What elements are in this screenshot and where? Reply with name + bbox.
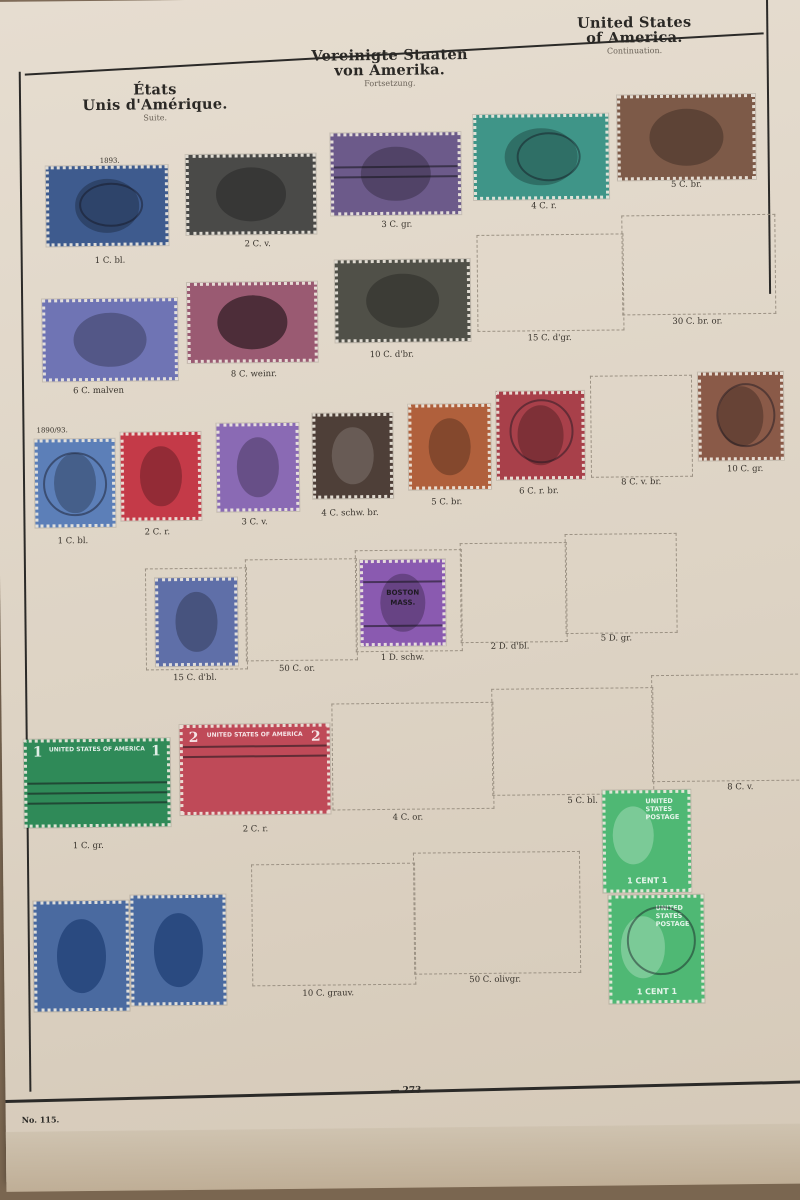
header-german: Vereinigte Staaten von Amerika. Fortsetz… [300, 47, 480, 90]
year-label-1893: 1893. [100, 157, 120, 165]
header-english: United States of America. Continuation. [559, 15, 709, 57]
album-page: États Unis d'Amérique. Suite. Vereinigte… [0, 0, 800, 1182]
slot-label: 5 C. br. [431, 497, 462, 507]
slot-label: 30 C. br. or. [672, 316, 722, 327]
empty-slot-5d [565, 533, 678, 634]
stamp-10c-columbian [335, 259, 471, 342]
slot-label: 10 C. d'br. [370, 350, 414, 360]
stamp-1c-trans-mississippi: UNITED STATES OF AMERICA 1 1 [24, 738, 171, 828]
slot-label: 50 C. olivgr. [469, 975, 521, 986]
page-edge [6, 1123, 800, 1191]
page-number: — 273 — [390, 1085, 433, 1095]
slot-label: 10 C. gr. [727, 464, 764, 474]
empty-slot-30c [621, 214, 776, 316]
slot-label: 5 C. br. [671, 180, 702, 190]
slot-label: 2 C. v. [244, 239, 270, 249]
slot-label: 2 D. d'bl. [491, 641, 530, 651]
slot-label: 8 C. v. br. [621, 477, 661, 487]
slot-label: 4 C. schw. br. [321, 508, 378, 519]
stamp-3c-columbian [330, 132, 461, 215]
empty-slot-10c-grauv [251, 863, 416, 987]
slot-label: 3 C. gr. [381, 220, 412, 230]
empty-slot-8c-v [651, 674, 800, 783]
stamp-1c-columbian [46, 165, 169, 246]
empty-slot-50c [245, 558, 358, 661]
slot-label: 2 C. r. [243, 824, 269, 834]
stamp-4c-columbian [473, 114, 609, 200]
slot-label: 4 C. or. [393, 813, 424, 823]
stamp-1c-washington-presidential-bottom: UNITED STATES POSTAGE 1 CENT 1 [608, 895, 704, 1004]
stamp-6c-columbian [42, 298, 178, 381]
frame-line-left [19, 72, 32, 1092]
slot-label: 6 C. malven [73, 386, 124, 397]
stamp-1d-perry [155, 577, 238, 666]
slot-label: 15 C. d'bl. [173, 673, 217, 683]
stamp-10c-webster [698, 372, 784, 461]
slot-label: 2 C. r. [145, 527, 171, 537]
stamp-1c-washington-presidential-top: UNITED STATES POSTAGE 1 CENT 1 [602, 790, 691, 893]
year-label-1890: 1890/93. [36, 426, 67, 434]
slot-label: 50 C. or. [279, 664, 315, 674]
slot-label: 8 C. v. [727, 782, 753, 792]
empty-slot-8c [590, 375, 693, 478]
stamp-5c-grant [408, 404, 491, 490]
stamp-1c-franklin-1870-right [130, 895, 226, 1006]
stamp-2c-trans-mississippi: UNITED STATES OF AMERICA 2 2 [180, 724, 331, 816]
empty-slot-50c-olivgr [413, 851, 581, 975]
stamp-6c-garfield [496, 391, 585, 480]
empty-slot-4c [331, 702, 494, 811]
slot-label: 5 C. bl. [567, 796, 598, 806]
slot-label: 5 D. gr. [601, 633, 632, 643]
slot-label: 10 C. grauv. [302, 988, 354, 999]
header-french: États Unis d'Amérique. Suite. [75, 81, 235, 124]
stamp-2c-washington [121, 432, 202, 521]
slot-label: 6 C. r. br. [519, 486, 559, 496]
slot-label: 1 C. bl. [58, 536, 89, 546]
stamp-3c-precancel: BOSTON MASS. [360, 559, 446, 646]
empty-slot-2d [460, 542, 568, 643]
slot-label: 4 C. r. [531, 201, 557, 211]
empty-slot-5c [491, 687, 654, 796]
slot-label: 1 C. gr. [73, 841, 104, 851]
stamp-8c-columbian [187, 282, 318, 363]
stamp-2c-columbian [186, 154, 317, 235]
catalog-number: No. 115. [22, 1114, 60, 1124]
slot-label: 1 C. bl. [95, 256, 126, 266]
stamp-1c-franklin-1870-left [33, 901, 129, 1012]
stamp-1c-franklin [35, 439, 116, 528]
stamp-5c-columbian [617, 94, 756, 180]
slot-label: 3 C. v. [241, 517, 267, 527]
stamp-4c-lincoln [312, 413, 393, 499]
empty-slot-15c [476, 233, 624, 332]
stamp-3c-jackson [216, 423, 299, 512]
slot-label: 1 D. schw. [381, 653, 425, 663]
slot-label: 15 C. d'gr. [527, 333, 571, 343]
slot-label: 8 C. weinr. [231, 369, 277, 379]
